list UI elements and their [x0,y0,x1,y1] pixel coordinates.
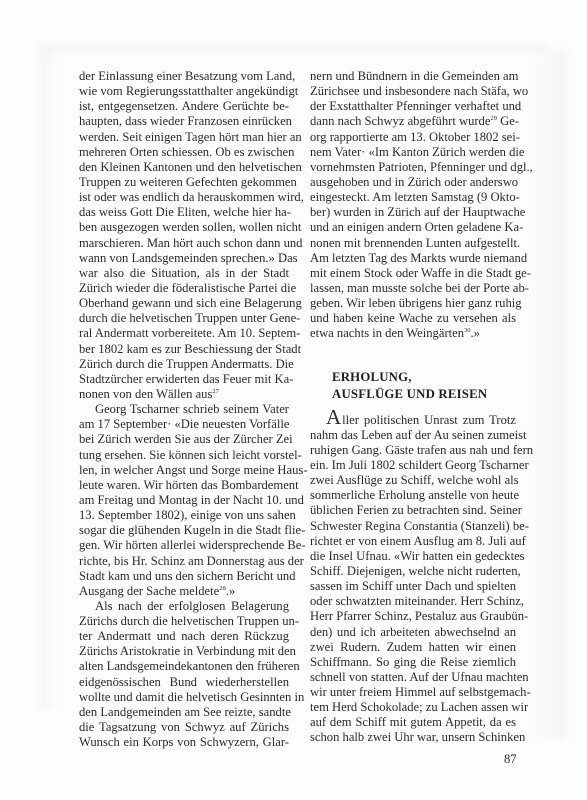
text-line-content: ein. Im Juli 1802 schildert Georg Tschar… [310,458,529,472]
text-line-content: das weiss Gott Die Eliten, welche hier h… [79,205,291,219]
text-line: ausgehoben und in Zürich oder anderswo [310,175,516,190]
text-line: marschieren. Man hört auch schon dann un… [79,236,289,251]
text-line-content: sogar die glühenden Kugeln in die Stadt … [79,523,305,537]
text-line-content: am 17 September· «Die neuesten Vorfälle [79,417,289,431]
text-line: etwa nachts in den Weingärten30.» [310,326,516,341]
text-line-content: werden. Seit einigen Tagen hört man hier… [79,130,302,144]
text-line-content: auf dem Schiff mit gutem Appetit, da es [310,715,516,729]
text-line: org rapportierte am 13. Oktober 1802 sei… [310,130,516,145]
text-line-content: und an einigen andern Orten geladene Ka- [310,220,523,234]
text-line: Wunsch ein Korps von Schwyzern, Glar- [79,735,289,750]
text-line: wie vom Regierungsstatthalter angekündig… [79,84,289,99]
text-line-content: üblichen Ferien zu betrachten sind. Sein… [310,503,522,517]
text-line: und an einigen andern Orten geladene Ka- [310,220,516,235]
text-line-content: Wunsch ein Korps von Schwyzern, Glar- [79,735,289,749]
text-line: werden. Seit einigen Tagen hört man hier… [79,130,289,145]
text-line: den Landgemeinden am See reizte, sandte [79,705,289,720]
text-line: ben ausgezogen werden sollen, wollen nic… [79,220,289,235]
text-line-content: ruhigen Gang. Gäste trafen aus nah und f… [310,443,533,457]
text-line-content: ist, entgegensetzen. Andere Gerüchte be- [79,99,289,113]
text-line-content: leute waren. Wir hörten das Bombardement [79,478,299,492]
text-line-content: gen. Wir hörten allerlei widersprechende… [79,538,306,552]
text-line: das weiss Gott Die Eliten, welche hier h… [79,205,289,220]
text-line-content: eingesteckt. Am letzten Samstag (9 Okto- [310,190,520,204]
text-line-content: schnell von statten. Auf der Ufnau macht… [310,670,529,684]
text-line-content: Schwester Regina Constantia (Stanzeli) b… [310,519,529,533]
text-line: alten Landsgemeindekantonen den früheren [79,659,289,674]
text-line-content: tem Herd Schokolade; zu Lachen assen wir [310,700,528,714]
text-line-content: die Insel Ufnau. «Wir hatten ein gedeckt… [310,549,525,563]
text-line-content: oder schwatzten miteinander. Herr Schinz… [310,594,524,608]
text-line-content: tung ersehen. Sie können sich leicht vor… [79,448,302,462]
text-line-content: marschieren. Man hört auch schon dann un… [79,236,302,250]
text-line-content: den) und ich arbeiteten abwechselnd an [310,625,516,639]
text-line-content: nem Vater· «Im Kanton Zürich werden die [310,145,525,159]
text-line-content: den Landgemeinden am See reizte, sandte [79,705,291,719]
text-line: gen. Wir hörten allerlei widersprechende… [79,538,289,553]
text-line-content: Zürich wieder die föderalistische Partei… [79,281,296,295]
text-line: 13. September 1802), einige von uns sahe… [79,508,289,523]
text-line: eidgenössischen Bund wiederherstellen [79,675,289,690]
text-line: durch die helvetischen Truppen unter Gen… [79,311,289,326]
text-line-content: Als nach der erfolglosen Belagerung [95,599,289,613]
text-line: richte, bis Hr. Schinz am Donnerstag aus… [79,554,289,569]
text-line: Zürich durch die Truppen Andermatts. Die [79,357,289,372]
text-line: und haben keine Wache zu versehen als [310,311,516,326]
text-line-content: geben. Wir leben übrigens hier ganz ruhi… [310,296,522,310]
text-line: ein. Im Juli 1802 schildert Georg Tschar… [310,458,516,473]
text-line: haupten, dass wieder Franzosen einrücken [79,114,289,129]
text-line-content: die Tagsatzung von Schwyz auf Zürichs [79,720,289,734]
text-line-content: len, in welcher Angst und Sorge meine Ha… [79,463,308,477]
text-line-content: ausgehoben und in Zürich oder anderswo [310,175,518,189]
text-line-content: wir unter freiem Himmel auf selbstgemach… [310,685,531,699]
text-line-content: und haben keine Wache zu versehen als [310,311,516,325]
text-line: mehreren Orten schiessen. Ob es zwischen [79,145,289,160]
page-number: 87 [504,752,517,767]
text-line-content: richtet er von einem Ausflug am 8. Juli … [310,534,526,548]
text-line-content: bei Zürich werden Sie aus der Zürcher Ze… [79,432,293,446]
right-column-text-after-heading: nahm das Leben auf der Au seinen zumeist… [310,428,516,746]
text-line: wann von Landsgemeinden sprechen.» Das [79,251,289,266]
text-line: Oberhand gewann und sich eine Belagerung [79,296,289,311]
text-line-content: Oberhand gewann und sich eine Belagerung [79,296,302,310]
text-line-content: sommerliche Erholung anstelle von heute [310,488,519,502]
text-line: üblichen Ferien zu betrachten sind. Sein… [310,503,516,518]
text-line-content: wann von Landsgemeinden sprechen.» Das [79,251,298,265]
text-line-content: 13. September 1802), einige von uns sahe… [79,508,296,522]
text-line: nahm das Leben auf der Au seinen zumeist [310,428,516,443]
section-heading-line-1: ERHOLUNG, [332,369,516,386]
text-line: nem Vater· «Im Kanton Zürich werden die [310,145,516,160]
text-line-content: zwei Ausflüge zu Schiff, welche wohl als [310,473,519,487]
text-line-content: Schiffmann. So ging die Reise ziemlich [310,655,516,669]
text-line-content: wie vom Regierungsstatthalter angekündig… [79,84,298,98]
text-line: mit einem Stock oder Waffe in die Stadt … [310,266,516,281]
text-line-content: Zürich durch die Truppen Andermatts. Die [79,357,294,371]
text-line: die Insel Ufnau. «Wir hatten ein gedeckt… [310,549,516,564]
text-line-suffix: .» [471,326,480,340]
text-line-content: Stadt kam und uns den sichern Bericht un… [79,569,296,583]
text-line-content: richte, bis Hr. Schinz am Donnerstag aus… [79,554,304,568]
text-line-content: war also die Situation, als in der Stadt [79,266,289,280]
text-line: ber) wurden in Zürich auf der Hauptwache [310,205,516,220]
text-line: lassen, man musste solche bei der Porte … [310,281,516,296]
text-line: eingesteckt. Am letzten Samstag (9 Okto- [310,190,516,205]
text-line: vornehmsten Patrioten, Pfenninger und dg… [310,160,516,175]
text-line: am 17 September· «Die neuesten Vorfälle [79,417,289,432]
text-line-content: etwa nachts in den Weingärten [310,326,464,340]
text-line: Georg Tscharner schrieb seinem Vater [79,402,289,417]
footnote-marker: 27 [212,388,219,395]
text-line-content: mit einem Stock oder Waffe in die Stadt … [310,266,531,280]
text-line-content: nern und Bündnern in die Gemeinden am [310,69,518,83]
text-line-content: der Exstatthalter Pfenninger verhaftet u… [310,99,521,113]
text-line-content: ist oder was endlich da herauskommen wir… [79,190,304,204]
text-line: ist, entgegensetzen. Andere Gerüchte be- [79,99,289,114]
text-line-content: mehreren Orten schiessen. Ob es zwischen [79,145,294,159]
text-line: den Kleinen Kantonen und den helvetische… [79,160,289,175]
text-line: ter Andermatt und nach deren Rückzug [79,629,289,644]
text-line: geben. Wir leben übrigens hier ganz ruhi… [310,296,516,311]
text-line: nern und Bündnern in die Gemeinden am [310,69,516,84]
text-line: auf dem Schiff mit gutem Appetit, da es [310,715,516,730]
text-line-suffix: Ge- [497,114,519,128]
book-page: der Einlassung einer Besatzung vom Land,… [0,0,587,800]
text-line: tem Herd Schokolade; zu Lachen assen wir [310,700,516,715]
text-line-content: eidgenössischen Bund wiederherstellen [79,675,289,689]
text-line-content: Zürichs durch die helvetischen Truppen u… [79,614,299,628]
text-line: leute waren. Wir hörten das Bombardement [79,478,289,493]
text-line-content: ral Andermatt vorbereitete. Am 10. Septe… [79,326,300,340]
text-line-content: ber 1802 kam es zur Beschiessung der Sta… [79,342,301,356]
text-line: Stadtzürcher erwiderten das Feuer mit Ka… [79,372,289,387]
text-line: den) und ich arbeiteten abwechselnd an [310,625,516,640]
text-line-content: org rapportierte am 13. Oktober 1802 sei… [310,130,520,144]
text-line: nonen mit brennenden Lunten aufgestellt. [310,236,516,251]
text-line-content: Ausgang der Sache meldete [79,584,219,598]
text-line: tung ersehen. Sie können sich leicht vor… [79,448,289,463]
text-line: dann nach Schwyz abgeführt wurde29 Ge- [310,114,516,129]
text-line: sassen im Schiff unter Dach und spielten [310,579,516,594]
text-line: zwei Rudern. Zudem hatten wir einen [310,640,516,655]
text-line-content: dann nach Schwyz abgeführt wurde [310,114,490,128]
text-line: ber 1802 kam es zur Beschiessung der Sta… [79,342,289,357]
text-line: war also die Situation, als in der Stadt [79,266,289,281]
text-line: die Tagsatzung von Schwyz auf Zürichs [79,720,289,735]
text-line: Zürich wieder die föderalistische Partei… [79,281,289,296]
text-line-content: haupten, dass wieder Franzosen einrücken [79,114,292,128]
text-line: Schwester Regina Constantia (Stanzeli) b… [310,519,516,534]
text-line: wir unter freiem Himmel auf selbstgemach… [310,685,516,700]
text-line-content: alten Landsgemeindekantonen den früheren [79,659,300,673]
text-line-content: ber) wurden in Zürich auf der Hauptwache [310,205,525,219]
right-column-text-before-heading: nern und Bündnern in die Gemeinden amZür… [310,69,516,342]
text-line-content: nahm das Leben auf der Au seinen zumeist [310,428,526,442]
text-line-content: nonen von den Wällen aus [79,387,212,401]
text-line-content: der Einlassung einer Besatzung vom Land, [79,69,295,83]
text-line: nonen von den Wällen aus27 [79,387,289,402]
text-line-content: lassen, man musste solche bei der Porte … [310,281,529,295]
text-line: Als nach der erfolglosen Belagerung [79,599,289,614]
text-line-content: nonen mit brennenden Lunten aufgestellt. [310,236,520,250]
page-shadow-top [40,40,547,56]
text-line: schnell von statten. Auf der Ufnau macht… [310,670,516,685]
text-line: wollte und damit die helvetisch Gesinnte… [79,690,289,705]
text-line-content: durch die helvetischen Truppen unter Gen… [79,311,300,325]
paragraph-first-line: Aller politischen Unrast zum Trotz [310,413,516,428]
text-line-suffix: .» [226,584,235,598]
text-line: Ausgang der Sache meldete28.» [79,584,289,599]
text-line: Truppen zu weiteren Gefechten gekommen [79,175,289,190]
page-shadow-right [527,50,567,740]
text-line: Herr Pfarrer Schinz, Pestaluz aus Graubü… [310,609,516,624]
page-shadow-left [40,50,60,710]
text-line-content: ter Andermatt und nach deren Rückzug [79,629,289,643]
text-line: zwei Ausflüge zu Schiff, welche wohl als [310,473,516,488]
text-line: sommerliche Erholung anstelle von heute [310,488,516,503]
right-text-column: nern und Bündnern in die Gemeinden amZür… [310,69,516,746]
text-line: sogar die glühenden Kugeln in die Stadt … [79,523,289,538]
text-line: Schiffmann. So ging die Reise ziemlich [310,655,516,670]
text-line-content: zwei Rudern. Zudem hatten wir einen [310,640,516,654]
text-line: am Freitag und Montag in der Nacht 10. u… [79,493,289,508]
text-line: ist oder was endlich da herauskommen wir… [79,190,289,205]
text-line: len, in welcher Angst und Sorge meine Ha… [79,463,289,478]
text-line-content: am Freitag und Montag in der Nacht 10. u… [79,493,304,507]
text-line: ral Andermatt vorbereitete. Am 10. Septe… [79,326,289,341]
text-line: Schiff. Diejenigen, welche nicht ruderte… [310,564,516,579]
left-text-column: der Einlassung einer Besatzung vom Land,… [79,69,289,750]
text-line: Zürichs Aristokratie in Verbindung mit d… [79,644,289,659]
text-line: bei Zürich werden Sie aus der Zürcher Ze… [79,432,289,447]
text-line: der Exstatthalter Pfenninger verhaftet u… [310,99,516,114]
text-line: ruhigen Gang. Gäste trafen aus nah und f… [310,443,516,458]
text-line: Zürichs durch die helvetischen Truppen u… [79,614,289,629]
text-line: richtet er von einem Ausflug am 8. Juli … [310,534,516,549]
text-line-content: Truppen zu weiteren Gefechten gekommen [79,175,297,189]
section-heading-line-2: AUSFLÜGE UND REISEN [332,386,516,403]
text-line-content: sassen im Schiff unter Dach und spielten [310,579,516,593]
text-line-content: den Kleinen Kantonen und den helvetische… [79,160,302,174]
text-line: Am letzten Tag des Markts wurde niemand [310,251,516,266]
text-line-content: Georg Tscharner schrieb seinem Vater [95,402,289,416]
text-line: oder schwatzten miteinander. Herr Schinz… [310,594,516,609]
text-line: schon halb zwei Uhr war, unsern Schinken [310,730,516,745]
text-line: Stadt kam und uns den sichern Bericht un… [79,569,289,584]
text-line-content: Am letzten Tag des Markts wurde niemand [310,251,527,265]
text-line-content: wollte und damit die helvetisch Gesinnte… [79,690,304,704]
text-line-content: Schiff. Diejenigen, welche nicht ruderte… [310,564,521,578]
text-line: der Einlassung einer Besatzung vom Land, [79,69,289,84]
text-line-content: Zürichs Aristokratie in Verbindung mit d… [79,644,296,658]
text-line-content: Herr Pfarrer Schinz, Pestaluz aus Graubü… [310,609,528,623]
text-line-content: ben ausgezogen werden sollen, wollen nic… [79,220,301,234]
drop-cap: A [326,405,341,429]
text-line-content: Zürichsee und insbesondere nach Stäfa, w… [310,84,528,98]
text-line-content: vornehmsten Patrioten, Pfenninger und dg… [310,160,533,174]
text-line-content: Stadtzürcher erwiderten das Feuer mit Ka… [79,372,293,386]
section-heading: ERHOLUNG, AUSFLÜGE UND REISEN [310,369,516,403]
first-line-text: ller politischen Unrast zum Trotz [342,413,516,427]
text-line-content: schon halb zwei Uhr war, unsern Schinken [310,730,525,744]
text-line: Zürichsee und insbesondere nach Stäfa, w… [310,84,516,99]
